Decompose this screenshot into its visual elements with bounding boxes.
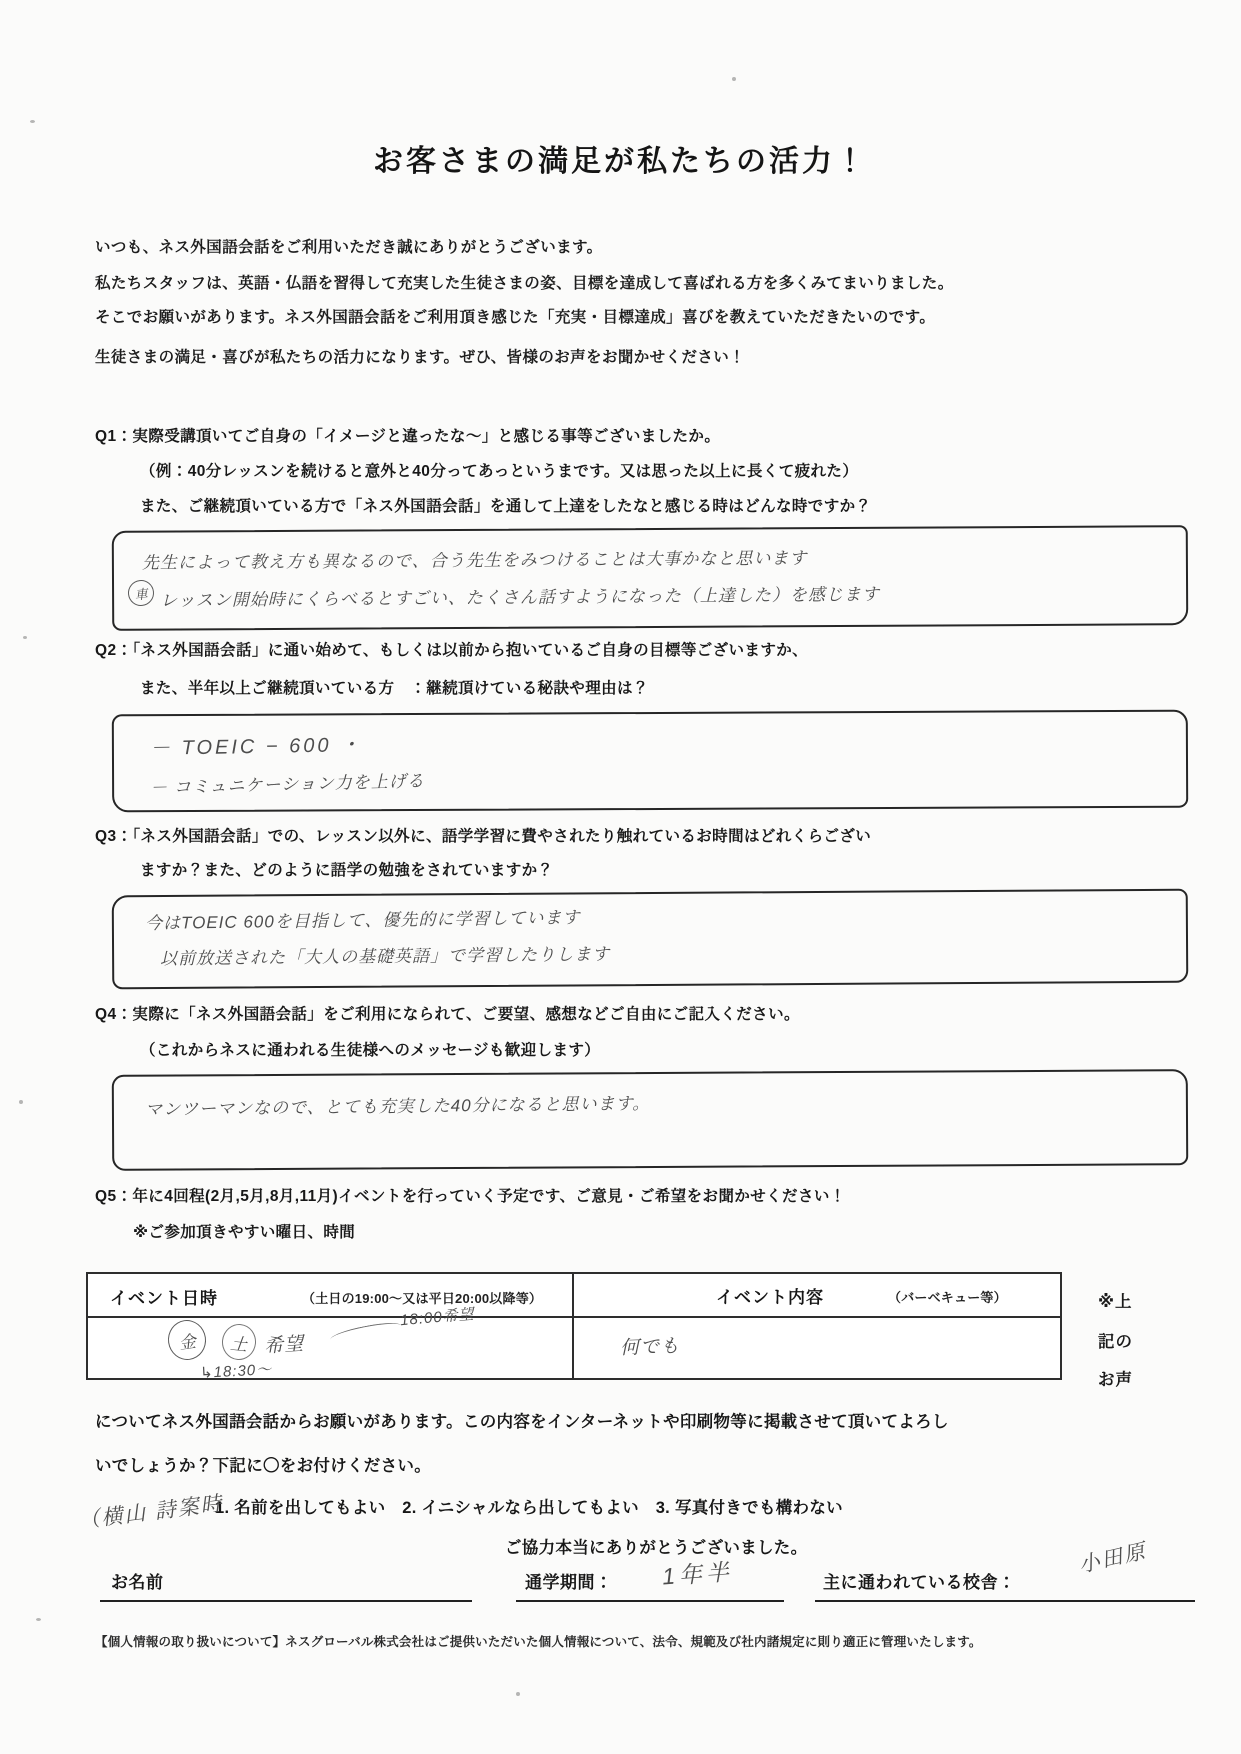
- period-handwriting: 1年半: [661, 1554, 734, 1592]
- q5-text-line2: ※ご参加頂きやすい曜日、時間: [133, 1220, 355, 1242]
- q2-answer-handwriting: － TOEIC − 600 ・: [150, 728, 364, 761]
- scan-speck: [19, 1100, 23, 1104]
- q1-label: Q1：: [95, 428, 132, 445]
- q1-answer-box: [112, 525, 1189, 631]
- side-note-line: 記の: [1098, 1328, 1133, 1352]
- campus-field-label: 主に通われている校舎：: [823, 1568, 1016, 1593]
- q3-answer-box: [112, 889, 1189, 990]
- q4-text-line2: （これからネスに通われる生徒様へのメッセージも歓迎します）: [140, 1038, 600, 1060]
- handwritten-name-note: （横山 詩案時: [77, 1487, 225, 1535]
- event-content-header: イベント内容: [716, 1283, 824, 1308]
- q1-text-line2: （例：40分レッスンを続けると意外と40分ってあっというまです。又は思った以上に…: [140, 459, 858, 481]
- scan-speck: [516, 1692, 520, 1696]
- thanks-line: ご協力本当にありがとうございました。: [505, 1534, 807, 1558]
- event-day-circled: 金: [165, 1318, 208, 1363]
- q3-label: Q3：: [95, 828, 132, 845]
- q1-text-line1: Q1：実際受講頂いてご自身の「イメージと違ったな～」と感じる事等ございましたか。: [95, 424, 720, 446]
- q2-text-line2: また、半年以上ご継続頂いている方 ：継続頂けている秘訣や理由は？: [140, 676, 649, 698]
- event-datetime-header: イベント日時: [110, 1284, 218, 1309]
- handwriting-connector-line: [329, 1319, 402, 1345]
- event-time2-handwriting: ↳18:30～: [199, 1358, 272, 1383]
- privacy-note: 【個人情報の取り扱いについて】ネスグローバル株式会社はご提供いただいた個人情報に…: [95, 1632, 982, 1650]
- event-table: イベント日時 （土日の19:00～又は平日20:00以降等） イベント内容 （バ…: [86, 1272, 1062, 1380]
- name-field-label: お名前: [111, 1568, 164, 1593]
- consent-line2: いでしょうか？下記に〇をお付けください。: [95, 1452, 431, 1476]
- event-wish-handwriting: 希望: [263, 1329, 305, 1359]
- scanned-survey-page: { "document": { "title": "お客さまの満足が私たちの活力…: [0, 0, 1241, 1754]
- event-datetime-header-note: （土日の19:00～又は平日20:00以降等）: [302, 1288, 542, 1307]
- intro-line: そこでお願いがあります。ネス外国語会話をご利用頂き感じた「充実・目標達成」喜びを…: [95, 308, 935, 327]
- event-table-column-divider: [572, 1274, 574, 1378]
- scan-speck: [36, 1618, 41, 1621]
- q3-text-line1: Q3：「ネス外国語会話」での、レッスン以外に、語学学習に費やされたり触れているお…: [95, 824, 871, 846]
- q3-answer-handwriting: 以前放送された「大人の基礎英語」で学習したりします: [160, 940, 610, 970]
- q4-answer-box: [112, 1069, 1188, 1171]
- event-table-header-row: イベント日時 （土日の19:00～又は平日20:00以降等） イベント内容 （バ…: [88, 1274, 1060, 1318]
- q4-text-line1: Q4：実際に「ネス外国語会話」をご利用になられて、ご要望、感想などご自由にご記入…: [95, 1002, 800, 1024]
- event-content-handwriting: 何でも: [620, 1331, 681, 1360]
- intro-line: 私たちスタッフは、英語・仏語を習得して充実した生徒さまの姿、目標を達成して喜ばれ…: [95, 274, 954, 293]
- q3-text-line2: ますか？また、どのように語学の勉強をされていますか？: [140, 858, 553, 880]
- q2-label: Q2：: [95, 642, 132, 659]
- q2-answer-box: [112, 710, 1188, 813]
- q5-text-line1: Q5：年に4回程(2月,5月,8月,11月)イベントを行っていく予定です、ご意見…: [95, 1184, 846, 1206]
- scan-speck: [23, 636, 27, 639]
- q1-answer-handwriting: 先生によって教え方も異なるので、合う先生をみつけることは大事かなと思います: [142, 544, 807, 574]
- side-note-line: お声: [1098, 1366, 1133, 1390]
- event-content-header-note: （バーベキュー等）: [888, 1287, 1007, 1306]
- scan-speck: [30, 120, 35, 123]
- q1-text-line3: また、ご継続頂いている方で「ネス外国語会話」を通して上達をしたなと感じる時はどん…: [140, 494, 871, 516]
- intro-line: 生徒さまの満足・喜びが私たちの活力になります。ぜひ、皆様のお声をお聞かせください…: [95, 348, 745, 367]
- event-day-circled: 土: [220, 1322, 258, 1361]
- consent-line1: についてネス外国語会話からお願いがあります。この内容をインターネットや印刷物等に…: [95, 1408, 949, 1432]
- scan-speck: [732, 77, 736, 81]
- side-note-line: ※上: [1098, 1288, 1133, 1312]
- q2-text-line1: Q2：「ネス外国語会話」に通い始めて、もしくは以前から抱いているご自身の目標等ご…: [95, 638, 808, 660]
- q5-label: Q5：: [95, 1188, 132, 1205]
- page-title: お客さまの満足が私たちの活力！: [0, 136, 1241, 180]
- period-field-label: 通学期間：: [525, 1568, 613, 1593]
- consent-options: 1. 名前を出してもよい 2. イニシャルなら出してもよい 3. 写真付きでも構…: [215, 1494, 843, 1518]
- q4-label: Q4：: [95, 1006, 132, 1023]
- intro-line: いつも、ネス外国語会話をご利用いただき誠にありがとうございます。: [95, 238, 603, 257]
